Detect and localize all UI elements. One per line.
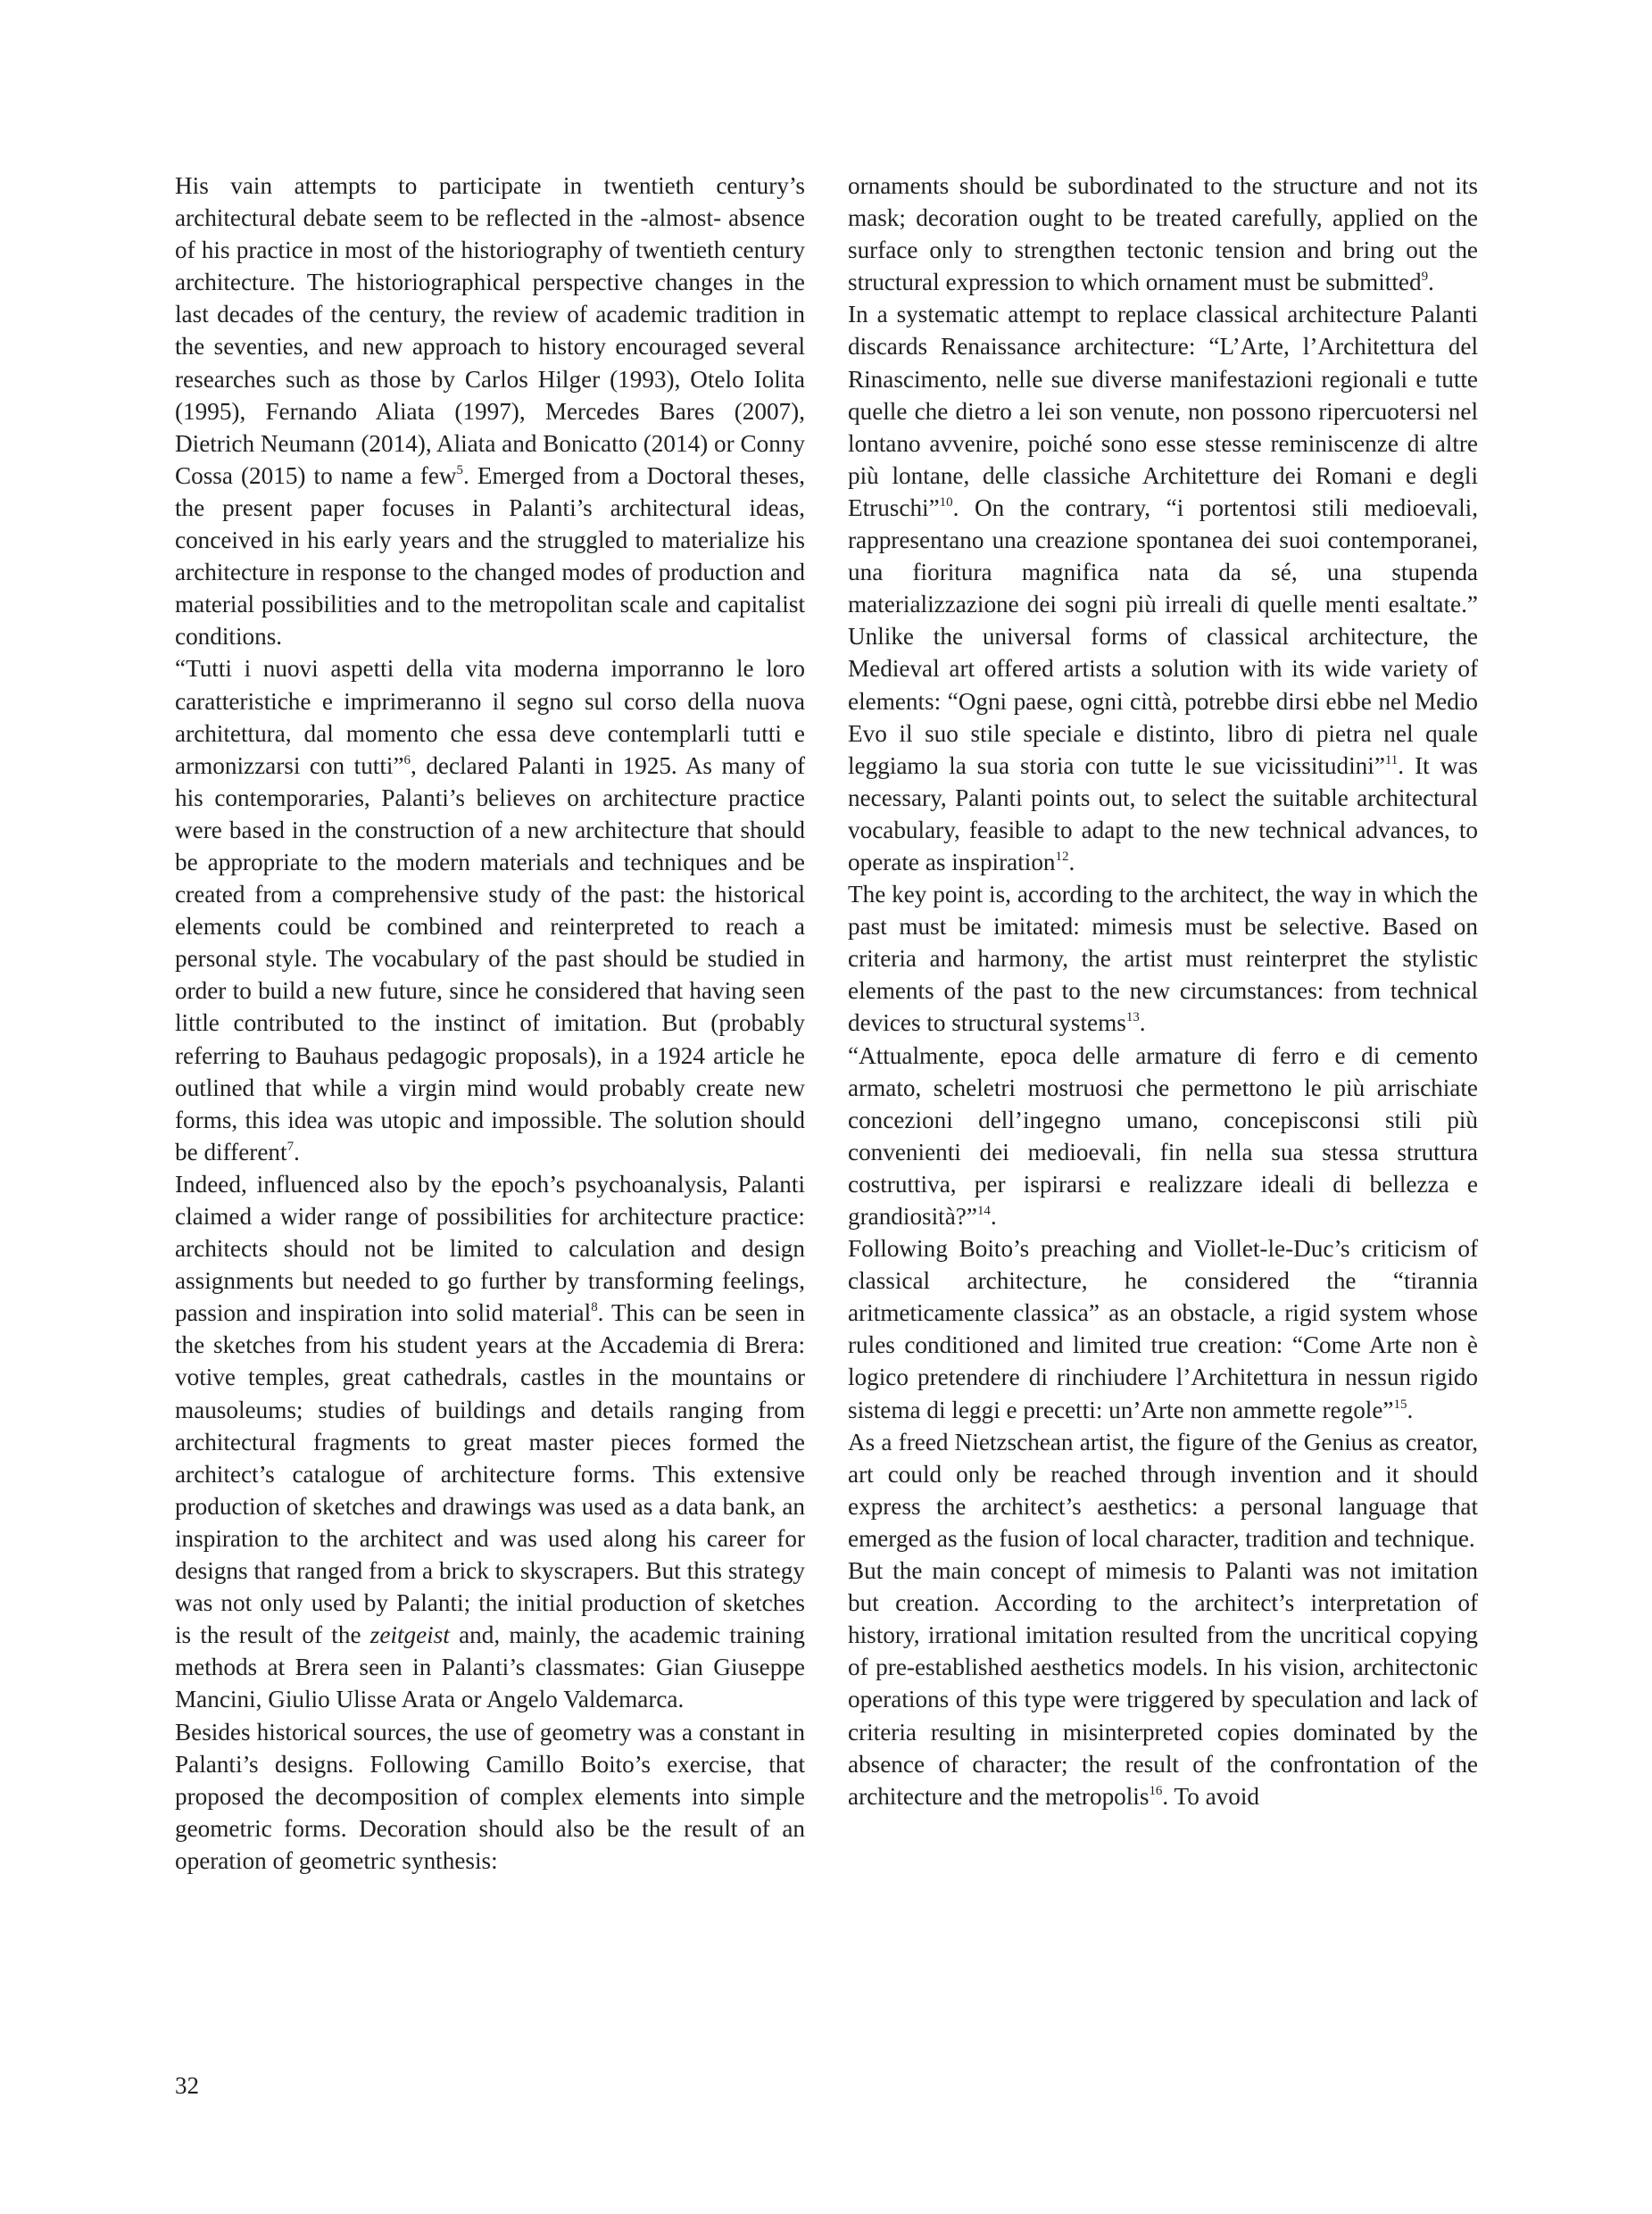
body-text: . Emerged from a Doctoral theses, the pr… — [175, 462, 805, 650]
paragraph: The key point is, according to the archi… — [848, 878, 1478, 1039]
body-text: . On the contrary, “i portentosi stili m… — [848, 494, 1478, 779]
footnote-marker: 12 — [1056, 850, 1069, 864]
body-text: His vain attempts to participate in twen… — [175, 172, 805, 489]
paragraph: Indeed, influenced also by the epoch’s p… — [175, 1168, 805, 1716]
body-text: . This can be seen in the sketches from … — [175, 1299, 805, 1648]
body-text: . — [1428, 269, 1434, 295]
body-text: . — [991, 1203, 997, 1230]
footnote-marker: 10 — [940, 495, 953, 510]
footnote-marker: 7 — [287, 1140, 294, 1154]
body-text: “Attualmente, epoca delle armature di fe… — [848, 1042, 1478, 1230]
body-text: , declared Palanti in 1925. As many of h… — [175, 752, 805, 1165]
footnote-marker: 5 — [457, 463, 463, 477]
italic-term: zeitgeist — [370, 1621, 450, 1648]
body-text: ornaments should be subordinated to the … — [848, 172, 1478, 295]
page-number: 32 — [175, 2072, 199, 2099]
body-text: . To avoid — [1162, 1783, 1259, 1810]
footnote-marker: 16 — [1149, 1783, 1162, 1797]
paragraph: As a freed Nietzschean artist, the figur… — [848, 1426, 1478, 1555]
body-text: As a freed Nietzschean artist, the figur… — [848, 1429, 1478, 1552]
footnote-marker: 11 — [1385, 752, 1398, 767]
body-text: But the main concept of mimesis to Palan… — [848, 1557, 1478, 1810]
left-text-column: His vain attempts to participate in twen… — [175, 170, 805, 1877]
body-text: . — [1068, 849, 1075, 875]
paragraph: Following Boito’s preaching and Viollet-… — [848, 1232, 1478, 1426]
body-text: The key point is, according to the archi… — [848, 881, 1478, 1036]
body-text: . — [1407, 1397, 1413, 1423]
document-page: His vain attempts to participate in twen… — [0, 0, 1652, 2214]
footnote-marker: 8 — [591, 1300, 597, 1314]
paragraph: ornaments should be subordinated to the … — [848, 170, 1478, 298]
footnote-marker: 15 — [1394, 1397, 1407, 1411]
right-text-column: ornaments should be subordinated to the … — [848, 170, 1478, 1812]
body-text: . — [1140, 1009, 1146, 1036]
paragraph: “Tutti i nuovi aspetti della vita modern… — [175, 652, 805, 1168]
paragraph: But the main concept of mimesis to Palan… — [848, 1555, 1478, 1812]
body-text: Following Boito’s preaching and Viollet-… — [848, 1235, 1478, 1422]
paragraph: “Attualmente, epoca delle armature di fe… — [848, 1040, 1478, 1233]
body-text: Besides historical sources, the use of g… — [175, 1719, 805, 1874]
paragraph: Besides historical sources, the use of g… — [175, 1716, 805, 1877]
paragraph: His vain attempts to participate in twen… — [175, 170, 805, 652]
footnote-marker: 13 — [1126, 1010, 1140, 1024]
body-text: . — [294, 1139, 300, 1165]
footnote-marker: 14 — [977, 1204, 991, 1218]
body-text: In a systematic attempt to replace class… — [848, 301, 1478, 521]
footnote-marker: 9 — [1422, 269, 1428, 284]
paragraph: In a systematic attempt to replace class… — [848, 298, 1478, 878]
footnote-marker: 6 — [404, 752, 411, 767]
